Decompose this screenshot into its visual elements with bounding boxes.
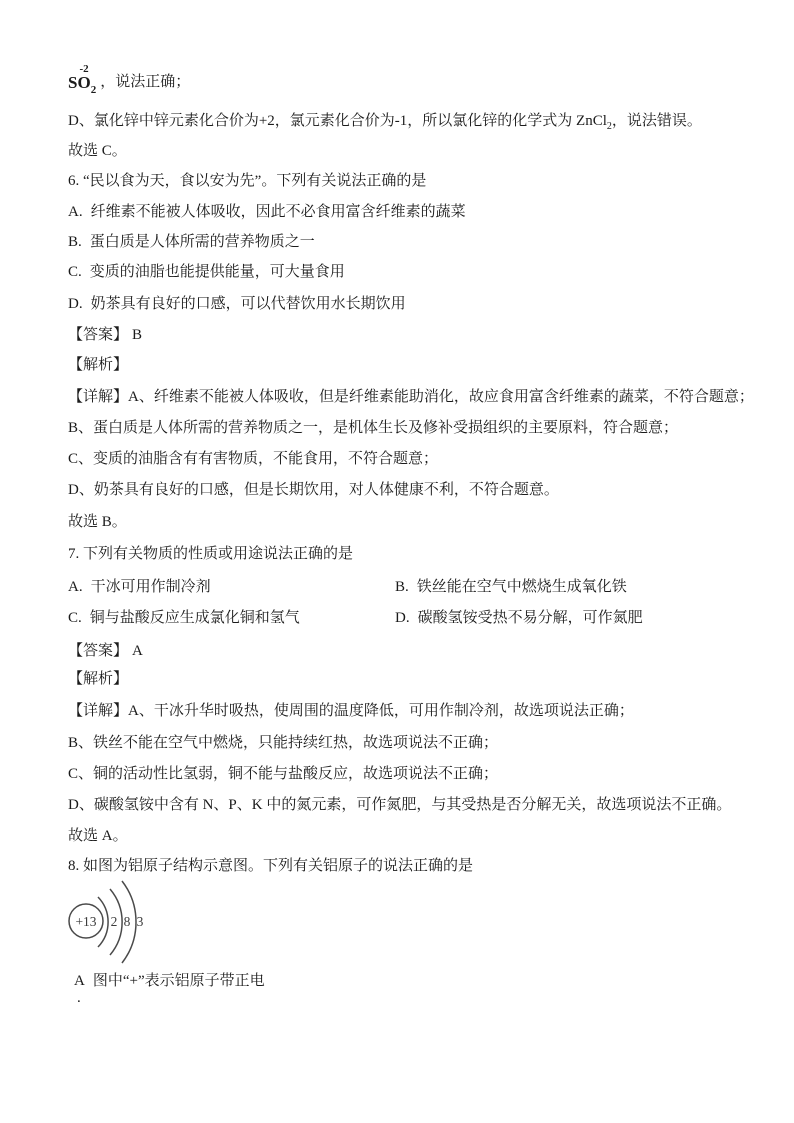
option-label: B. [68, 233, 82, 251]
shell-1-electron-count: 2 [111, 914, 118, 929]
option-text: 干冰可用作制冷剂 [91, 579, 211, 595]
question6-detail-d: D、奶茶具有良好的口感，但是长期饮用，对人体健康不利，不符合题意。 [68, 481, 559, 499]
chem-formula-line: S-2O2 ，说法正确； [68, 64, 190, 91]
element-o: O [77, 75, 90, 91]
option-label: C. [68, 609, 82, 627]
option-text: 奶茶具有良好的口感，可以代替饮用水长期饮用 [91, 296, 406, 312]
so2-oxidation-formula: S-2O2 [68, 64, 96, 91]
question7-option-b: B.铁丝能在空气中燃烧生成氧化铁 [395, 578, 627, 596]
aluminum-atom-structure-diagram: +13 2 8 3 [56, 876, 236, 971]
answer-value: A [132, 643, 143, 659]
question7-option-c: C.铜与盐酸反应生成氯化铜和氢气 [68, 609, 300, 627]
question6-analysis-label: 【解析】 [68, 356, 128, 374]
question6-stem: 6. “民以食为天，食以安为先”。下列有关说法正确的是 [68, 172, 426, 190]
question7-option-d: D.碳酸氢铵受热不易分解，可作氮肥 [395, 609, 643, 627]
nucleus-charge-label: +13 [75, 914, 96, 929]
prev-option-d-text: D、氯化锌中锌元素化合价为+2，氯元素化合价为-1，所以氯化锌的化学式为 ZnC… [68, 113, 607, 129]
question7-detail-d: D、碳酸氢铵中含有 N、P、K 中的氮元素，可作氮肥，与其受热是否分解无关，故选… [68, 796, 731, 814]
element-s: S [68, 75, 77, 91]
question6-detail-a: 【详解】A、纤维素不能被人体吸收，但是纤维素能助消化，故应食用富含纤维素的蔬菜，… [68, 388, 754, 406]
option-text: 图中“+”表示铝原子带正电 [93, 973, 265, 989]
question7-stem: 7. 下列有关物质的性质或用途说法正确的是 [68, 545, 353, 563]
answer-label: 【答案】 [68, 643, 128, 659]
option-text: 纤维素不能被人体吸收，因此不必食用富含纤维素的蔬菜 [91, 204, 466, 220]
question6-answer-line: 【答案】B [68, 326, 142, 344]
option-label: A [74, 972, 85, 990]
question6-option-b: B.蛋白质是人体所需的营养物质之一 [68, 233, 315, 251]
option-label: A. [68, 578, 83, 596]
question8-option-a: A图中“+”表示铝原子带正电 [74, 972, 265, 990]
question8-stem: 8. 如图为铝原子结构示意图。下列有关铝原子的说法正确的是 [68, 857, 473, 875]
question7-detail-b: B、铁丝不能在空气中燃烧，只能持续红热，故选项说法不正确； [68, 734, 498, 752]
answer-value: B [132, 327, 142, 343]
shell-2-electron-count: 8 [124, 914, 131, 929]
question6-option-c: C.变质的油脂也能提供能量，可大量食用 [68, 263, 345, 281]
prev-option-d-tail: ，说法错误。 [612, 113, 702, 129]
question7-detail-c: C、铜的活动性比氢弱，铜不能与盐酸反应，故选项说法不正确； [68, 765, 498, 783]
option-text: 碳酸氢铵受热不易分解，可作氮肥 [418, 610, 643, 626]
shell-3-electron-count: 3 [137, 914, 144, 929]
option-text: 变质的油脂也能提供能量，可大量食用 [90, 264, 345, 280]
document-page: S-2O2 ，说法正确； D、氯化锌中锌元素化合价为+2，氯元素化合价为-1，所… [0, 0, 794, 1123]
prev-option-d-line: D、氯化锌中锌元素化合价为+2，氯元素化合价为-1，所以氯化锌的化学式为 ZnC… [68, 112, 702, 130]
option-text: 铁丝能在空气中燃烧生成氧化铁 [417, 579, 627, 595]
prev-conclusion: 故选 C。 [68, 142, 127, 160]
question7-conclusion: 故选 A。 [68, 827, 128, 845]
option-label: D. [395, 609, 410, 627]
option-text: 蛋白质是人体所需的营养物质之一 [90, 234, 315, 250]
answer-label: 【答案】 [68, 327, 128, 343]
question6-detail-b: B、蛋白质是人体所需的营养物质之一，是机体生长及修补受损组织的主要原料，符合题意… [68, 419, 678, 437]
option-label: C. [68, 263, 82, 281]
question7-option-a: A.干冰可用作制冷剂 [68, 578, 211, 596]
option-text: 铜与盐酸反应生成氯化铜和氢气 [90, 610, 300, 626]
formula-suffix-text: ，说法正确； [100, 74, 190, 91]
question6-option-a: A.纤维素不能被人体吸收，因此不必食用富含纤维素的蔬菜 [68, 203, 466, 221]
question7-answer-line: 【答案】A [68, 642, 143, 660]
option-label: B. [395, 578, 409, 596]
question6-detail-c: C、变质的油脂含有有害物质，不能食用，不符合题意； [68, 450, 438, 468]
question6-option-d: D.奶茶具有良好的口感，可以代替饮用水长期饮用 [68, 295, 406, 313]
question7-analysis-label: 【解析】 [68, 670, 128, 688]
option-label: D. [68, 295, 83, 313]
question7-detail-a: 【详解】A、干冰升华时吸热，使周围的温度降低，可用作制冷剂，故选项说法正确； [68, 702, 634, 720]
question6-conclusion: 故选 B。 [68, 513, 127, 531]
question8-option-a-period: . [77, 989, 81, 1007]
formula-subscript: 2 [91, 86, 97, 94]
option-label: A. [68, 203, 83, 221]
